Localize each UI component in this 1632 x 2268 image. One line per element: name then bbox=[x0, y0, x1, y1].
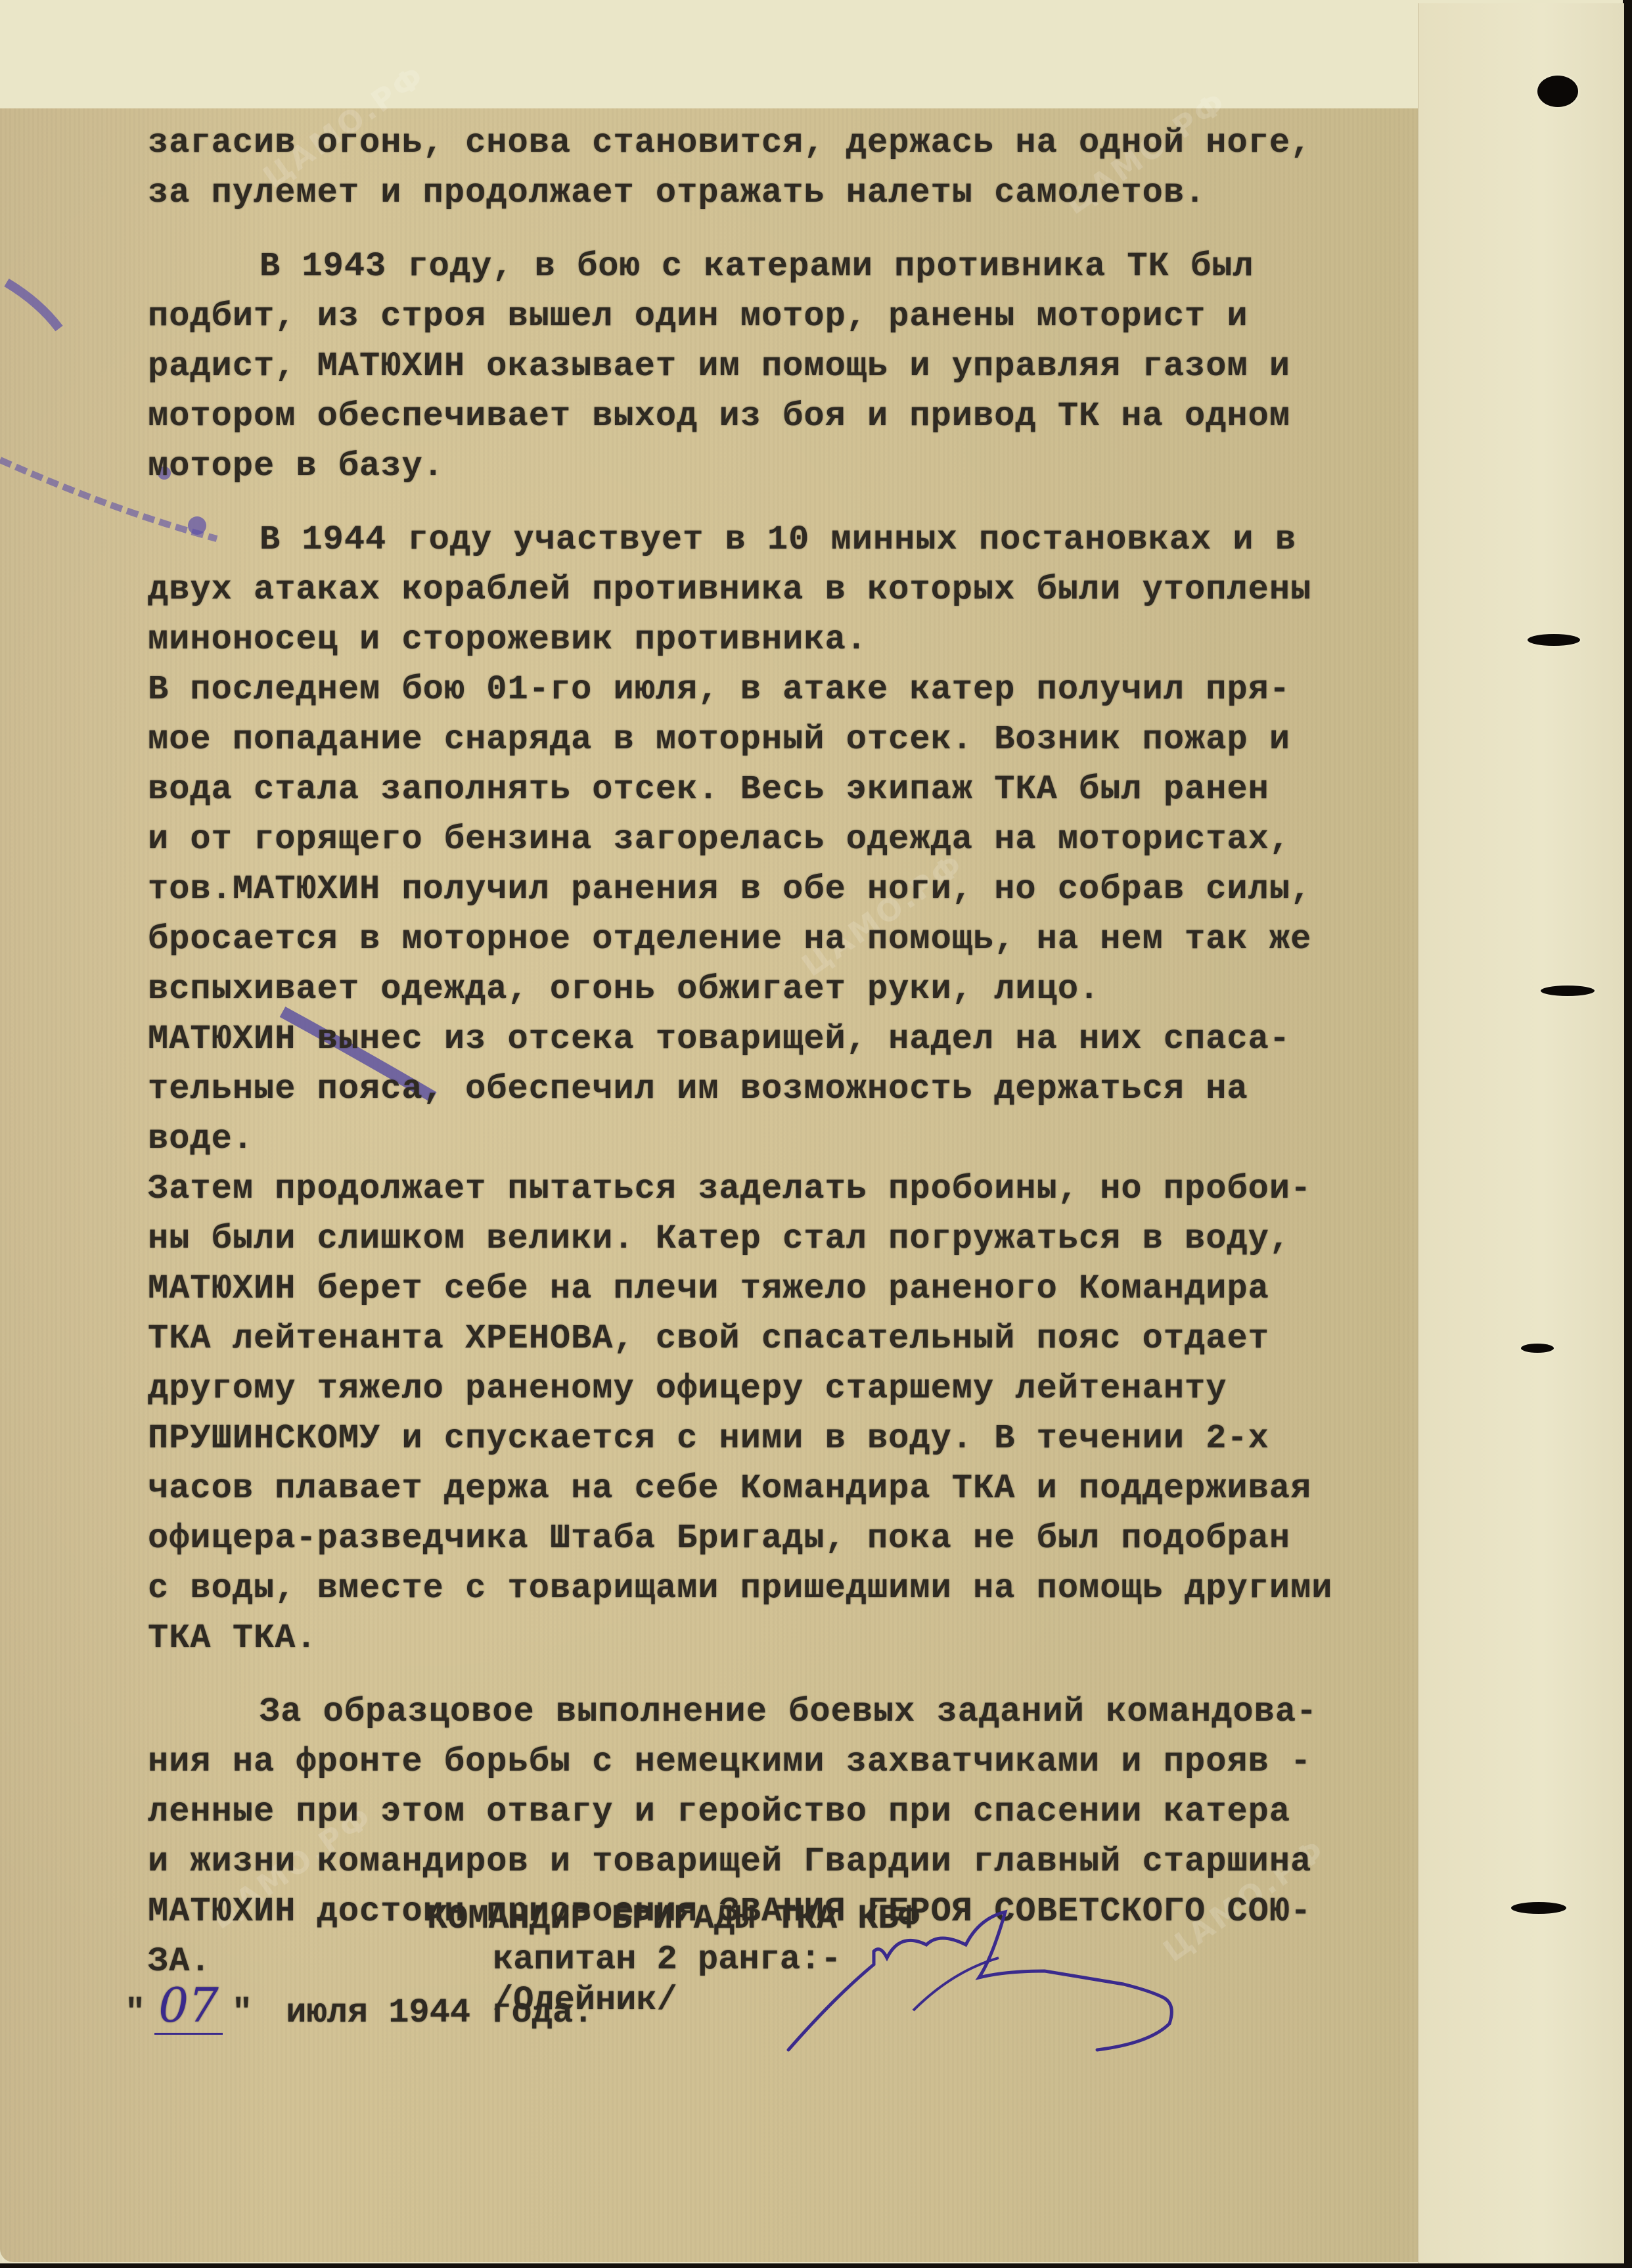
text-line: мотором обеспечивает выход из боя и прив… bbox=[148, 392, 1396, 442]
paragraph-2: В 1943 году, в бою с катерами противника… bbox=[148, 242, 1396, 491]
text-line: радист, МАТЮХИН оказывает им помощь и уп… bbox=[148, 342, 1396, 392]
paragraph-4: В последнем бою 01-го июля, в атаке кате… bbox=[148, 665, 1396, 1014]
punch-hole bbox=[1511, 1902, 1566, 1914]
date-month-year: июля 1944 года. bbox=[286, 1993, 593, 2032]
punch-hole bbox=[1521, 1344, 1554, 1353]
text-line: и от горящего бензина загорелась одежда … bbox=[148, 815, 1396, 865]
punch-hole bbox=[1537, 76, 1578, 107]
text-line: за пулемет и продолжает отражать налеты … bbox=[148, 168, 1396, 218]
text-line: миноносец и сторожевик противника. bbox=[148, 615, 1396, 665]
text-line: В 1944 году участвует в 10 минных постан… bbox=[148, 515, 1396, 565]
paragraph-3: В 1944 году участвует в 10 минных постан… bbox=[148, 515, 1396, 665]
text-line: За образцовое выполнение боевых заданий … bbox=[148, 1687, 1396, 1737]
text-line: вспыхивает одежда, огонь обжигает руки, … bbox=[148, 964, 1396, 1014]
text-line: загасив огонь, снова становится, держась… bbox=[148, 118, 1396, 168]
text-line: двух атаках кораблей противника в которы… bbox=[148, 565, 1396, 615]
text-line: другому тяжело раненому офицеру старшему… bbox=[148, 1364, 1396, 1414]
date-line: "07" июля 1944 года. bbox=[125, 1978, 593, 2035]
text-line: и жизни командиров и товарищей Гвардии г… bbox=[148, 1837, 1396, 1887]
text-line: офицера-разведчика Штаба Бригады, пока н… bbox=[148, 1514, 1396, 1564]
text-line: воде. bbox=[148, 1114, 1396, 1164]
text-line: Затем продолжает пытаться заделать пробо… bbox=[148, 1164, 1396, 1214]
text-line: ТКА лейтенанта ХРЕНОВА, свой спасательны… bbox=[148, 1314, 1396, 1364]
right-margin-strip bbox=[1418, 3, 1624, 2263]
text-line: моторе в базу. bbox=[148, 442, 1396, 491]
text-line: бросается в моторное отделение на помощь… bbox=[148, 915, 1396, 964]
paragraph-6: Затем продолжает пытаться заделать пробо… bbox=[148, 1164, 1396, 1664]
text-line: ленные при этом отвагу и геройство при с… bbox=[148, 1787, 1396, 1837]
text-line: ПРУШИНСКОМУ и спускается с ними в воду. … bbox=[148, 1414, 1396, 1464]
body-text: загасив огонь, снова становится, держась… bbox=[148, 118, 1396, 1987]
date-open-quote: " bbox=[125, 1993, 145, 2032]
text-line: мое попадание снаряда в моторный отсек. … bbox=[148, 715, 1396, 765]
paragraph-1: загасив огонь, снова становится, держась… bbox=[148, 118, 1396, 218]
text-line: ния на фронте борьбы с немецкими захватч… bbox=[148, 1737, 1396, 1787]
signatory-rank: капитан 2 ранга:- bbox=[427, 1939, 919, 1980]
punch-hole bbox=[1528, 634, 1580, 646]
text-line: тельные пояса, обеспечил им возможность … bbox=[148, 1064, 1396, 1114]
paragraph-5: МАТЮХИН вынес из отсека товарищей, надел… bbox=[148, 1014, 1396, 1164]
text-line: с воды, вместе с товарищами пришедшими н… bbox=[148, 1564, 1396, 1614]
text-line: ны были слишком велики. Катер стал погру… bbox=[148, 1214, 1396, 1264]
text-line: В 1943 году, в бою с катерами противника… bbox=[148, 242, 1396, 292]
text-line: подбит, из строя вышел один мотор, ранен… bbox=[148, 292, 1396, 342]
text-line: вода стала заполнять отсек. Весь экипаж … bbox=[148, 765, 1396, 815]
date-close-quote: " bbox=[232, 1993, 252, 2032]
text-line: тов.МАТЮХИН получил ранения в обе ноги, … bbox=[148, 865, 1396, 915]
text-line: В последнем бою 01-го июля, в атаке кате… bbox=[148, 665, 1396, 715]
text-line: МАТЮХИН берет себе на плечи тяжело ранен… bbox=[148, 1264, 1396, 1314]
date-day-handwritten: 07 bbox=[154, 1978, 223, 2035]
punch-hole bbox=[1541, 986, 1595, 996]
text-line: ТКА ТКА. bbox=[148, 1614, 1396, 1664]
text-line: часов плавает держа на себе Командира ТК… bbox=[148, 1464, 1396, 1514]
text-line: МАТЮХИН вынес из отсека товарищей, надел… bbox=[148, 1014, 1396, 1064]
signatory-title: КОМАНДИР БРИГАДЫ ТКА КБФ bbox=[427, 1899, 919, 1939]
